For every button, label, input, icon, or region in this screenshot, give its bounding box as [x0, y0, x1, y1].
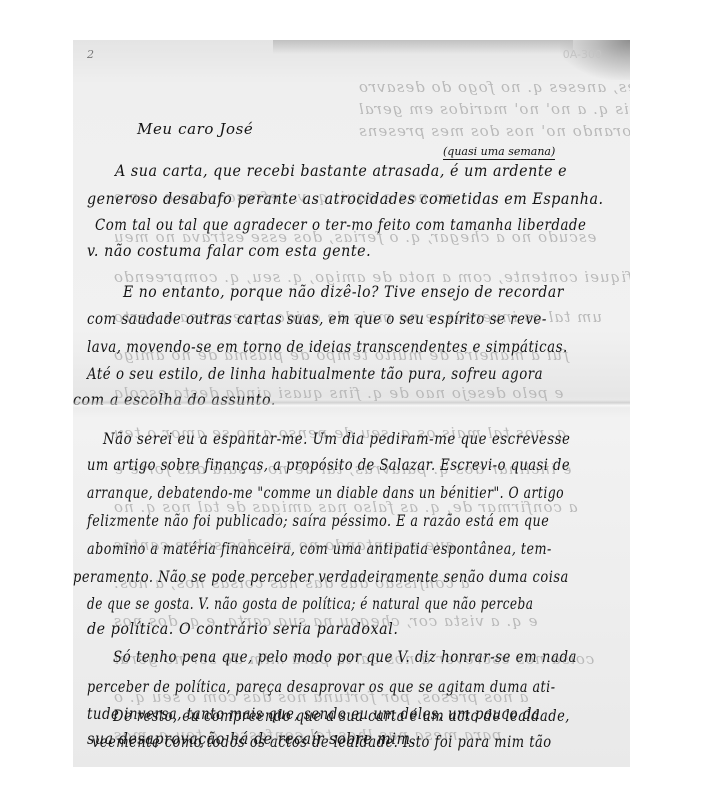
page-fold-shadow — [273, 40, 573, 54]
letter-line: Só tenho pena que, pelo modo por que V. … — [113, 648, 577, 666]
bleed-through-line: aflores no minha converses, plorando no'… — [358, 122, 630, 140]
letter-line: felizmente não foi publicado; saíra péss… — [87, 512, 549, 530]
letter-line: A sua carta, que recebi bastante atrasad… — [115, 162, 567, 180]
letter-line: com saudade outras cartas suas, em que o… — [87, 310, 547, 328]
letter-line: um artigo sobre finanças, a propósito de… — [87, 456, 570, 474]
letter-line: de que se gosta. V. não gosta de polític… — [87, 595, 533, 613]
letter-line: veemente como todos os actos de lealdade… — [92, 733, 552, 751]
bleed-through-line: desavisé q. logo a primavera, flores, an… — [358, 78, 630, 96]
letter-line: com a escolha do assunto. — [73, 391, 276, 409]
letter-line: perceber de política, pareça desaprovar … — [87, 678, 556, 696]
bleed-through-line: v. nas penas, nas ferias mais q. a no' n… — [358, 100, 630, 118]
letter-line: Não serei eu a espantar-me. Um dia pedir… — [103, 430, 570, 448]
letter-line: generoso desabafo perante as atrocidades… — [87, 190, 604, 208]
letter-line: v. não costuma falar com esta gente. — [87, 242, 371, 260]
salutation: Meu caro José — [137, 120, 253, 138]
scan-canvas: desavisé q. logo a primavera, flores, an… — [0, 0, 706, 809]
letter-line: de política. O contrário seria paradoxal… — [87, 620, 398, 638]
letter-page: desavisé q. logo a primavera, flores, an… — [73, 40, 630, 767]
letter-line: Com tal ou tal que agradecer o ter-mo fe… — [95, 216, 586, 234]
letter-line: arranque, debatendo-me "comme un diable … — [87, 484, 564, 502]
letter-line: lava, movendo-se em torno de ideias tran… — [87, 338, 568, 356]
letter-line: peramento. Não se pode perceber verdadei… — [73, 568, 569, 586]
letter-line: abomino a matéria financeira, com uma an… — [87, 540, 552, 558]
letter-line: De resto, eu compreendo que a sua carta … — [113, 707, 570, 725]
archive-mark: 0A-300 — [563, 48, 602, 61]
page-number: 2 — [87, 48, 94, 61]
letter-line: E no entanto, porque não dizê-lo? Tive e… — [123, 283, 564, 301]
interlinear-insertion: (quasi uma semana) — [443, 145, 555, 160]
letter-line: Até o seu estilo, de linha habitualmente… — [87, 365, 543, 383]
